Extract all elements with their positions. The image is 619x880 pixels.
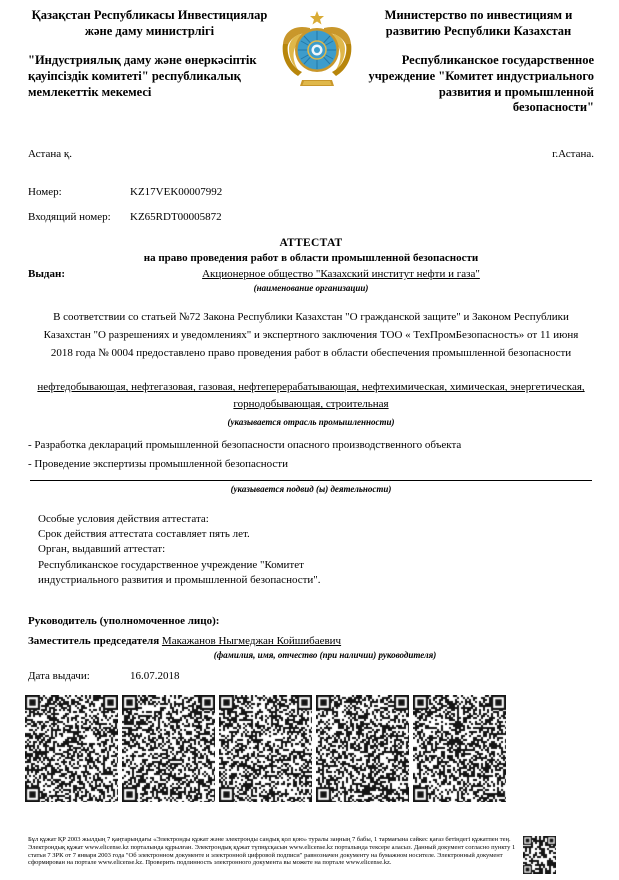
city-left: Астана қ. bbox=[28, 148, 72, 160]
incoming-number-label: Входящий номер: bbox=[28, 211, 130, 223]
qr-code-icon bbox=[219, 695, 312, 802]
industries-caption: (указывается отрасль промышленности) bbox=[28, 417, 594, 427]
issued-label: Выдан: bbox=[28, 268, 88, 280]
document-numbers: Номер: KZ17VEK00007992 Входящий номер: K… bbox=[28, 186, 594, 223]
issue-date-row: Дата выдачи: 16.07.2018 bbox=[28, 670, 594, 682]
qr-code-icon bbox=[413, 695, 506, 802]
conditions-block: Особые условия действия аттестата: Срок … bbox=[38, 512, 594, 588]
header-emblem-area bbox=[271, 8, 363, 92]
industries-list: нефтедобывающая, нефтегазовая, газовая, … bbox=[31, 379, 591, 413]
organization-caption: (наименование организации) bbox=[28, 283, 594, 293]
number-value: KZ17VEK00007992 bbox=[130, 186, 222, 198]
activity-item: - Проведение экспертизы промышленной без… bbox=[28, 455, 594, 475]
condition-line: Республиканское государственное учрежден… bbox=[38, 558, 594, 573]
divider-line bbox=[30, 480, 592, 481]
ministry-name-ru: Министерство по инвестициям и развитию Р… bbox=[363, 8, 594, 39]
document-title-block: АТТЕСТАТ на право проведения работ в обл… bbox=[28, 236, 594, 265]
header-right-russian: Министерство по инвестициям и развитию Р… bbox=[363, 8, 594, 116]
city-row: Астана қ. г.Астана. bbox=[28, 148, 594, 160]
signer-title: Заместитель председателя bbox=[28, 635, 159, 647]
legal-paragraph: В соответствии со статьей №72 Закона Рес… bbox=[39, 309, 584, 362]
qr-code-icon bbox=[523, 836, 556, 874]
city-right: г.Астана. bbox=[552, 148, 594, 160]
document-title: АТТЕСТАТ bbox=[28, 236, 594, 251]
signer-row: Заместитель председателя Макажанов Ныгме… bbox=[28, 635, 594, 647]
number-label: Номер: bbox=[28, 186, 130, 198]
footer-text: Бұл құжат ҚР 2003 жылдың 7 қаңтарындағы … bbox=[28, 836, 525, 867]
qr-code-icon bbox=[122, 695, 215, 802]
condition-line: Орган, выдавший аттестат: bbox=[38, 542, 594, 557]
legal-footer: Бұл құжат ҚР 2003 жылдың 7 қаңтарындағы … bbox=[28, 836, 594, 867]
incoming-number-row: Входящий номер: KZ65RDT00005872 bbox=[28, 211, 594, 223]
organization-name: Акционерное общество "Казахский институт… bbox=[88, 268, 594, 280]
kazakhstan-coat-of-arms-icon bbox=[280, 10, 354, 92]
condition-line: Срок действия аттестата составляет пять … bbox=[38, 527, 594, 542]
activities-list: - Разработка деклараций промышленной без… bbox=[28, 436, 594, 476]
ministry-name-kk: Қазақстан Республикасы Инвестициялар жән… bbox=[28, 8, 271, 39]
issued-row: Выдан: Акционерное общество "Казахский и… bbox=[28, 268, 594, 280]
signer-caption: (фамилия, имя, отчество (при наличии) ру… bbox=[28, 650, 594, 660]
activity-item: - Разработка деклараций промышленной без… bbox=[28, 436, 594, 456]
signer-name: Макажанов Ныгмеджан Койшибаевич bbox=[162, 635, 341, 647]
committee-name-ru: Республиканское государственное учрежден… bbox=[363, 53, 594, 116]
header-left-kazakh: Қазақстан Республикасы Инвестициялар жән… bbox=[28, 8, 271, 100]
document-header: Қазақстан Республикасы Инвестициялар жән… bbox=[28, 8, 594, 116]
committee-name-kk: "Индустриялық даму және өнеркәсіптік қау… bbox=[28, 53, 271, 100]
signature-qr-row bbox=[25, 695, 594, 802]
incoming-number-value: KZ65RDT00005872 bbox=[130, 211, 222, 223]
issue-date-label: Дата выдачи: bbox=[28, 670, 130, 682]
document-subtitle: на право проведения работ в области пром… bbox=[28, 251, 594, 265]
condition-line: индустриального развития и промышленной … bbox=[38, 573, 594, 588]
issue-date-value: 16.07.2018 bbox=[130, 670, 180, 682]
head-label: Руководитель (уполномоченное лицо): bbox=[28, 615, 594, 627]
number-row: Номер: KZ17VEK00007992 bbox=[28, 186, 594, 198]
activities-caption: (указывается подвид (ы) деятельности) bbox=[28, 484, 594, 494]
qr-code-icon bbox=[25, 695, 118, 802]
certificate-page: Қазақстан Республикасы Инвестициялар жән… bbox=[0, 0, 619, 880]
condition-line: Особые условия действия аттестата: bbox=[38, 512, 594, 527]
qr-code-icon bbox=[316, 695, 409, 802]
